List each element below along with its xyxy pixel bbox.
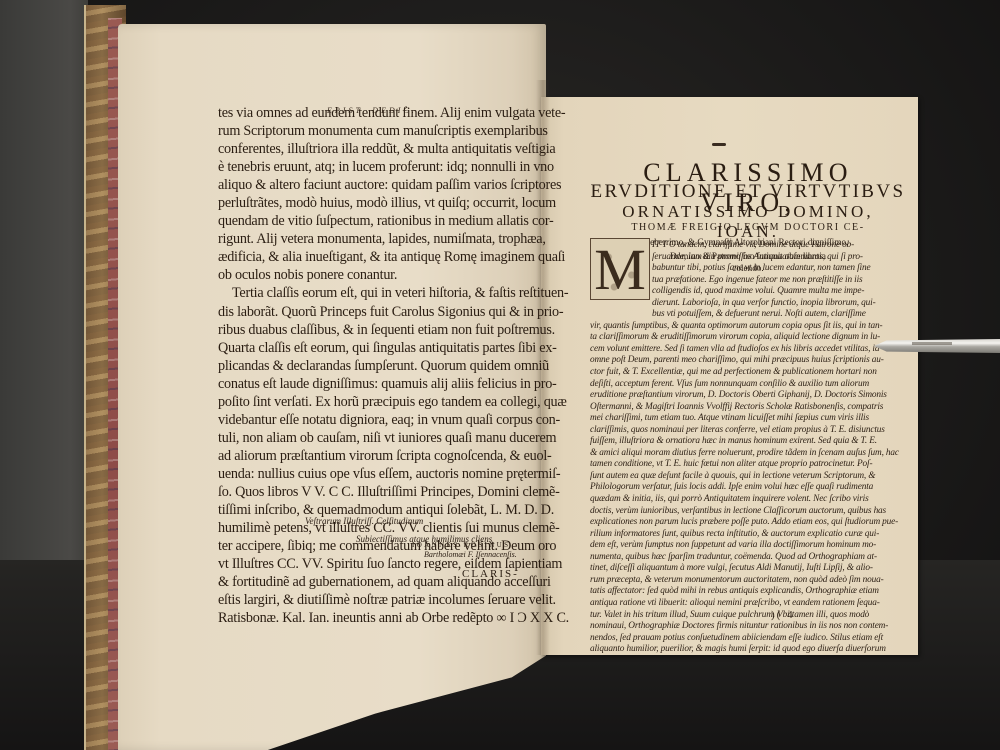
right-page-text: IT T O tandem, clariſſime vir, Domine at…: [590, 240, 910, 656]
text-line: tinet, diſceſſi aliquantum à more vulgi,…: [590, 563, 910, 575]
text-line: dem eſt, verùm ſumptus non ſuppetunt ad …: [590, 540, 910, 552]
text-line: bus vti potuiſſem, & defuerunt nerui. No…: [590, 309, 910, 321]
text-line: ad aliorum præſtantium virorum ſcripta c…: [218, 447, 518, 465]
text-line: Oſtermanni, & Magiſtri Ioannis Vvolffij …: [590, 402, 910, 414]
text-line: ſeruande, iam diu promiſſos Antiquitatum…: [590, 252, 910, 264]
text-line: & amici aliqui moram diutius ferre nolue…: [590, 448, 910, 460]
text-line: tatis affectator: ſed quòd mihi in rebus…: [590, 586, 910, 598]
text-line: quædam & initia, iis, qui porrò Antiquit…: [590, 494, 910, 506]
dedication-title-line: ERVDITIONE ET VIRTVTIBVS: [590, 181, 906, 203]
text-line: numenta, quibus hæc ſparſim traduntur, c…: [590, 552, 910, 564]
text-line: doctis, verùm iunioribus, verſantibus in…: [590, 506, 910, 518]
text-line: cem volunt emittere. Sed ſi tamen vlla a…: [590, 344, 910, 356]
text-line: conferentes, illuſtriora illa reddũt, & …: [218, 140, 518, 158]
text-line: colligendis id, quod maxime volui. Quamr…: [590, 286, 910, 298]
text-line: ob oculos nobis ponere conantur.: [218, 266, 518, 284]
text-line: rum Scriptorum monumenta cum manuſcripti…: [218, 122, 518, 140]
text-line: fuiſſem, illuſtriora & ornatiora hæc in …: [590, 436, 910, 448]
text-line: antiqua ratione vti libuerit: alioqui ne…: [590, 598, 910, 610]
text-line: Ratisbonæ. Kal. Ian. ineuntis anni ab Or…: [218, 609, 518, 627]
ornament-icon: [712, 143, 726, 146]
text-line: poſito ſint verſati. Ex horũ præcipuis e…: [218, 393, 518, 411]
text-line: conatus eſt laude digniſſimus: quamuis a…: [218, 375, 518, 393]
text-line: tes via omnes ad eundem tendunt finem. A…: [218, 104, 518, 122]
signature-mark: )( 4: [771, 609, 795, 621]
text-line: clariſſimis, quos nominaui per literas c…: [590, 425, 910, 437]
text-line: perluſtrãtes, modò huius, modò illius, v…: [218, 194, 518, 212]
text-line: explicationes non parum lucis præbere po…: [590, 517, 910, 529]
text-line: babuntur tibi, potius ſane vt in lucem e…: [590, 263, 910, 275]
text-line: eſtis largiri, & diutiſſimè noſtræ patri…: [218, 591, 518, 609]
text-line: tur. Valet in his tritum illud, Suum cui…: [590, 610, 910, 622]
text-line: Quarta claſſis eſt eorum, qui ſingulas a…: [218, 339, 518, 357]
closing-salutation: Veſtrarum Illuſtriſſ. Celſitudinum: [305, 516, 423, 526]
text-line: tamen conditione, vt T. E. huic fœtui no…: [590, 459, 910, 471]
text-line: Philologorum verſatur, ſuis locis addi. …: [590, 482, 910, 494]
text-line: vir, quantis ſumptibus, & quanta optimor…: [590, 321, 910, 333]
text-line: rigunt. Alij vetera monumenta, lapides, …: [218, 230, 518, 248]
text-line: uenda: nullius cuius ope vſus eſſem, auc…: [218, 465, 518, 483]
text-line: rum præcepta, & veterum monumentorum auc…: [590, 575, 910, 587]
text-line: rilium informatores ſunt, quibus recta i…: [590, 529, 910, 541]
text-line: IT T O tandem, clariſſime vir, Domine at…: [590, 240, 910, 252]
text-line: ribus duabus claſſibus, & in ſequenti et…: [218, 321, 518, 339]
text-line: plicandas & declarandas ſumpſerunt. Quor…: [218, 357, 518, 375]
author-patronymic: Bartholomæi F. Iſennacenſis.: [424, 550, 517, 559]
text-line: dis laborãt. Quorũ Princeps fuit Carolus…: [218, 303, 518, 321]
blade-engraving: [912, 342, 952, 345]
text-line: dierunt. Laborioſa, in qua verſor functi…: [590, 298, 910, 310]
text-line: deſiſti, acceptum ferent. Vſus ſum nonnu…: [590, 379, 910, 391]
text-line: tua præfatione. Ego ingenue fateor me no…: [590, 275, 910, 287]
text-line: Tertia claſſis eorum eſt, qui in veteri …: [218, 284, 518, 302]
dedication-title-line: THOMÆ FREIGIO LEGVM DOCTORI CE-: [590, 222, 906, 233]
text-line: eruditione præſtantium virorum, D. Docto…: [590, 390, 910, 402]
text-line: aliquo & altero faciunt auctore: quidam …: [218, 176, 518, 194]
text-line: tuli, non aliam ob cauſam, niſi vt iunio…: [218, 429, 518, 447]
text-line: quendam de vitio ſuſpectum, rationibus i…: [218, 212, 518, 230]
text-line: videbantur eſſe notatu digniora, eaq; in…: [218, 411, 518, 429]
text-line: ædificia, & alia inueſtigant, & ita anti…: [218, 248, 518, 266]
text-line: nendos, ſed prauam potius conſuetudinem …: [590, 633, 910, 645]
text-line: aliquanto humilior, puerilior, & magis h…: [590, 644, 910, 656]
text-line: mei chariſſimi, tum etiam tuo. Atque vti…: [590, 413, 910, 425]
catchword: CLARIS-: [462, 568, 519, 580]
text-line: omne poſt Deum, parenti meo chariſſimo, …: [590, 355, 910, 367]
author-name: IOANNES ROSINUS: [412, 541, 510, 549]
text-line: è tenebris eruunt, atq; in lucem proferu…: [218, 158, 518, 176]
text-line: ſunt autem ea quæ deſunt facile à quouis…: [590, 471, 910, 483]
text-line: ſo. Quos libros V V. C C. Illuſtriſſimi …: [218, 483, 518, 501]
text-line: ta clariſſimorum & eruditiſſimorum viror…: [590, 332, 910, 344]
text-line: ctor fuit, & T. Excellentiæ, qui me ad p…: [590, 367, 910, 379]
text-line: nominaui, Orthographiæ Doctores firmis n…: [590, 621, 910, 633]
